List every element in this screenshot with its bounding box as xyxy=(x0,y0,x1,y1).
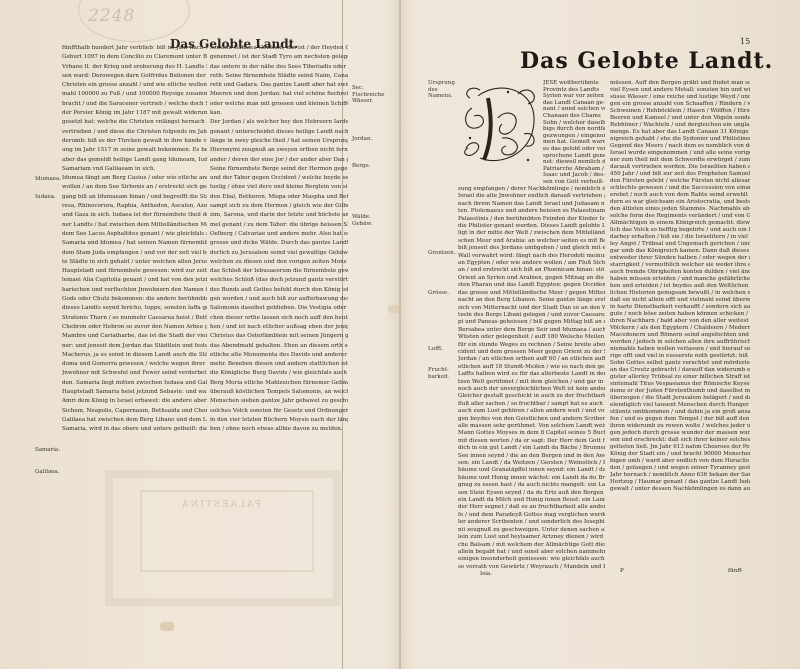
text-line: wollen / an dem See Sirbonis an / erstre… xyxy=(62,183,207,192)
text-line: lein zum Lust und heylsamer Artzney dien… xyxy=(458,534,605,541)
text-line: gute / noch böse zeiten haben können sch… xyxy=(610,311,750,318)
text-line: solche form des Regiments verändert / un… xyxy=(610,213,750,220)
text-line: oder welche man mit grossen und kleinen … xyxy=(210,100,348,109)
text-line: dern es war gleichsam ein Aristocratia, … xyxy=(610,199,750,206)
text-line: Hertzog / Haumar genant / das gantze Lan… xyxy=(610,479,750,486)
text-line: derlich zu Jerusalem seind viel gewaltig… xyxy=(210,249,348,258)
text-line: gen ein grosse anzahl von Schaaffen / Ri… xyxy=(610,101,750,108)
text-line: das untere in der nähe des Sees Tiberiad… xyxy=(210,63,348,72)
text-line: hen / und ist nach etlicher außsag eben … xyxy=(210,323,348,332)
text-line: Hauptstadt Samaria heist jetzund Sebaste… xyxy=(62,388,207,397)
text-line: Geburt 1097 in dem Concilio zu Claremont… xyxy=(62,53,207,62)
text-line: den Fürsten gelebt / welche Fürsten nich… xyxy=(610,178,750,185)
text-line: auch fremde Obrigkeiten konten dulden / … xyxy=(610,269,750,276)
text-line: ner zum theil mit dem Schwerdte erwürget… xyxy=(610,157,750,164)
text-line: starrigkeit / vermuthlich welcher sie we… xyxy=(610,262,750,269)
text-line: den / gefangen / und wegen seiner Tyrann… xyxy=(610,465,750,472)
text-line: vertrieben / und diese die Christen folg… xyxy=(62,128,207,137)
text-line: stilentz umbkommen / und dahin ja ein gr… xyxy=(610,409,750,416)
text-line: tzen Welt gerühmet / mit dem gleichen / … xyxy=(458,379,605,386)
text-line: länge in zwey gleiche theil / hat seinen… xyxy=(210,137,348,146)
text-line: viel Eysen und andere Metall: sonsten hi… xyxy=(610,87,750,94)
text-line: sen von Gott verheiß- xyxy=(543,179,605,186)
text-line: Sohn / welcher daselb- xyxy=(543,120,605,127)
text-line: Christen ein grosse anzahl / und wie etl… xyxy=(62,81,207,90)
text-line: Seine fürnembste Berge seind der Hermon … xyxy=(210,165,348,174)
text-line: gen beydes von den Geistlichen und ander… xyxy=(458,416,605,423)
text-line: gang biß an Idumaeam hinan / und begreif… xyxy=(62,193,207,202)
text-line: Meeren und dem Jordan: hat viel schöne f… xyxy=(210,90,348,99)
text-line: lich das Volck so hefftig begehrte / und… xyxy=(610,227,750,234)
text-line: Samaria, wird in das obere und untere ge… xyxy=(62,425,207,434)
text-line: Menschen sieben gantze Jahr gebawet zu g… xyxy=(210,397,348,406)
text-line: ner Landts / hat zwischen dem Mittelländ… xyxy=(62,221,207,230)
text-line: Berg Moria etliche Mahlzeichen fürnemer … xyxy=(210,379,348,388)
text-line: allein begabt hat / und sonst aber solch… xyxy=(458,549,605,556)
text-line: resa, Rhinocorura, Raphia, Anthedon, Asc… xyxy=(62,202,207,211)
text-line: Jordan / an etlichen orthen auff 60 / an… xyxy=(458,356,605,363)
text-line: gen worden / und auch biß zur aufferbawu… xyxy=(210,295,348,304)
text-line: Rebhüner / Wachteln / und dergleichen ei… xyxy=(610,122,750,129)
text-line: Sohn Gottes selbst gantz verachtet und m… xyxy=(610,360,750,367)
text-line: zim, Sarona, und darin der letzte und hö… xyxy=(210,211,348,220)
text-line: gezwungen / eingenom- xyxy=(543,133,605,140)
text-line: ley Angst / Trübsal und Ungemach geriche… xyxy=(610,241,750,248)
text-line: Jnwohner mit Schwefel und Fewer seind ve… xyxy=(62,369,207,378)
text-line: etlichen auff 18 Stundt-Meilen / wie es … xyxy=(458,364,605,371)
left-page-column-2: sonsten Galilaea Gentium, das ist / der … xyxy=(210,44,348,434)
text-line: das Landt Canaan ge- xyxy=(543,100,605,107)
text-line: Der Jordan / als welcher bey den Hebreer… xyxy=(210,118,348,127)
text-line: gar umb das Königreich kamen. Dann daß d… xyxy=(610,248,750,255)
text-line: Jahr hernach / nemblich Anno 636 bekam d… xyxy=(610,472,750,479)
text-line: Provintz des Landts xyxy=(543,87,605,94)
text-line: Macherus, ja es seind in diesem Landt au… xyxy=(62,351,207,360)
text-line: fen / und es gegen dem Tempel / der biß … xyxy=(610,416,750,423)
text-line: sen: ein Landt / da Weitzen / Gersten / … xyxy=(458,460,605,467)
text-line: und Gaza in sich. Iudaea ist der fürnemb… xyxy=(62,211,207,220)
text-line: net: dieweil nemlich die xyxy=(543,159,605,166)
text-line: pi und Paneas geheissen / biß gegen Mitt… xyxy=(458,319,605,326)
catchword: fünff- xyxy=(728,568,743,574)
text-line: dem See Lacus Asphaltites genant / wie g… xyxy=(62,230,207,239)
text-line: schlechts gewesen / und die Succession v… xyxy=(610,185,750,192)
text-line: che Balsam / mit welchem der Allmächtige… xyxy=(458,542,605,549)
text-line: sen Stein Eysen seynd / da du Ertz auß d… xyxy=(458,490,605,497)
text-line: JESE weitberühmte xyxy=(543,80,605,87)
text-line: biß jenseit des Jordans umbgeben / und g… xyxy=(458,245,605,252)
text-line: tzeln des Bergs Libani gelegen / und zuv… xyxy=(458,312,605,319)
text-line: den ältisten eines jeden Stammes. Nachma… xyxy=(610,206,750,213)
page-number: 15 xyxy=(740,37,750,46)
margin-note: Grentzen. xyxy=(428,250,462,257)
text-line: süsse Wässer / eine reiche und lustige W… xyxy=(610,94,750,101)
text-line: mehr. Beneben diesen und andern stattlic… xyxy=(210,360,348,369)
text-line: den Ebal, Bethoron, Mispa oder Maspha un… xyxy=(210,193,348,202)
text-line: bäume und Honig innen wächst: ein Landt … xyxy=(458,475,605,482)
decorated-initial-d-icon xyxy=(458,78,542,170)
text-line: Beeren und Kameel / und unter den Vögeln… xyxy=(610,115,750,122)
text-line: Israel wurde eingenommen / und alle sein… xyxy=(610,150,750,157)
text-line: men hat. Gemelt ward xyxy=(543,139,605,146)
text-line: Galilaea hat zwischen dem Berg Libano un… xyxy=(62,416,207,425)
margin-note: Iudaea. xyxy=(35,194,69,201)
text-line: die Königliche Burg Davids / wie gleichf… xyxy=(210,369,348,378)
text-line: König der Stadt ein / und bracht 90000 M… xyxy=(610,451,750,458)
foxing-stain xyxy=(160,622,174,631)
text-line: gister allerley Trübsal zu einer billich… xyxy=(610,374,750,381)
text-line: Sichem, Neapolis, Capernaum, Bethsaida u… xyxy=(62,407,207,416)
text-line: Hauptstadt und fürnembste gewesen: wird … xyxy=(62,267,207,276)
text-line: sintemahl Titus Vespasianus der Römische… xyxy=(610,381,750,388)
text-line: sampt sich zu dem Hermon / gleich wie de… xyxy=(210,202,348,211)
text-line: Patriarche Abraham / xyxy=(543,166,605,173)
text-line: Orient an Syrien und Arabien, gegen Mitn… xyxy=(458,275,605,282)
text-line: das grosse und Mittelländische Meer / ge… xyxy=(458,290,605,297)
text-line: überzogen / die Stadt Jerusalem belägert… xyxy=(610,395,750,402)
text-line: grosse und dicke Wälde. Durch das gantze… xyxy=(210,239,348,248)
text-line: derumb: biß es der Türcken gewalt in ihr… xyxy=(62,137,207,146)
text-line: bäume und Granatäpffel innen seynd: ein … xyxy=(458,467,605,474)
text-line: erebet / noch auch von dem Rahte seind e… xyxy=(610,192,750,199)
text-line: und der Tabor gegen Occident / welche be… xyxy=(210,174,348,183)
text-line: sich von Mitternacht und der Stadt Dan s… xyxy=(458,305,605,312)
text-line: mit diesen worten / da er sagt: Der Herr… xyxy=(458,438,605,445)
text-line: lemaei Alia Capitolia genant / und hat v… xyxy=(62,276,207,285)
text-line: reth und Gadara. Das gantze Landt aber h… xyxy=(210,81,348,90)
text-line: an Egypten / oder wie andere wollen / am… xyxy=(458,260,605,267)
text-line: bigen umb / ward aber endlich von dem He… xyxy=(610,458,750,465)
text-line: noch auch der unvergleichlichen Welt ist… xyxy=(458,386,605,393)
text-line: darbey erhalten / biß sie / die Israelit… xyxy=(610,234,750,241)
text-line: Chanaan des Chams xyxy=(543,113,605,120)
text-line: überauß köstlichen Tempels Salomonis, an… xyxy=(210,388,348,397)
text-line: Idumea fängt am Berg Casius / oder wie e… xyxy=(62,174,207,183)
text-line: welchen zu diesen und den vorigen zeiten… xyxy=(210,258,348,267)
text-line: Isaac und Jacob / des- xyxy=(543,172,605,179)
text-line: sonsten Galilaea Gentium, das ist / der … xyxy=(210,44,348,53)
text-line: nach ihrem Namen das Landt Israel und Ju… xyxy=(458,201,605,208)
text-line: an das Creutz gebracht / darauff dan wid… xyxy=(610,367,750,374)
text-line: gesetzt hat: welche die Christen vnlängs… xyxy=(62,118,207,127)
text-line: Macedonern und Römern seind angefochten … xyxy=(610,332,750,339)
text-line: alle massen sehr gerühmet. Von solchem L… xyxy=(458,423,605,430)
text-line: Hieronymi zeugnuß an zweyen orthen nicht… xyxy=(210,146,348,155)
text-line: Samaria und Idumea / hat seinen Namen fü… xyxy=(62,239,207,248)
text-line: Mann Gottes Moyses in dem 8 Capitel sein… xyxy=(458,430,605,437)
text-line: genennet / ist der Stadt Tyro am nechste… xyxy=(210,53,348,62)
text-line: sen ward: Derowegen darn Gotfridus Bulio… xyxy=(62,72,207,81)
text-line: Amri dem König in Israel erbawet: die an… xyxy=(62,397,207,406)
margin-note: Lufft. xyxy=(428,346,462,353)
text-line: Samariam vnd Galilaeam in sich. xyxy=(62,165,207,174)
text-line: elendiglich viel tausent Menschen durch … xyxy=(610,402,750,409)
text-line: fünffthalb hundert Jahr verblieb: biß im… xyxy=(62,44,207,53)
text-line: Bersabea unter dem Berge Seir und Idumae… xyxy=(458,327,605,334)
text-line: Wüsten oder gelegenheit / auff 180 Welsc… xyxy=(458,334,605,341)
margin-note: Frucht-barkeit. xyxy=(428,367,462,380)
text-line: Oelberg / Calvariae und andere mehr. Als… xyxy=(210,230,348,239)
text-line: aber das gemeldt heilige Landt gang Idum… xyxy=(62,156,207,165)
right-running-head: Das Gelobte Landt. xyxy=(520,48,773,74)
book-spread: 2248 PALAESTINA Das Gelobte Landt. fünff… xyxy=(0,0,800,669)
text-line: bigs durch den nordfall xyxy=(543,126,605,133)
text-line: mel genant / zu dem Tabor: die übrige he… xyxy=(210,221,348,230)
text-line: fe / und dem Paradeyß Gottes mag verglic… xyxy=(458,512,605,519)
text-line: te Städte in sich gehabt / unter welchen… xyxy=(62,258,207,267)
text-line: ler anderer Scribenten / und sonderlich … xyxy=(458,519,605,526)
text-line: ligt in der mitte der Welt / zwischen de… xyxy=(458,230,605,237)
text-line: solches Volck sonsten für Gesetz und Ord… xyxy=(210,407,348,416)
text-line-final: Isia. xyxy=(458,571,605,578)
text-line: ung im Jahr 1517 in seine gewalt bekomme… xyxy=(62,146,207,155)
text-line: daß sie nicht allein offt und vielmahl s… xyxy=(610,297,750,304)
text-line: Gegend des Meers / nach dem es nemblich … xyxy=(610,143,750,150)
text-line: ihren Nachbarn / bald aber von den aller… xyxy=(610,318,750,325)
text-line: ner: und jenseit dem Jordan das Städtlei… xyxy=(62,342,207,351)
text-line: cident und dem grossen Meer gegen Orient… xyxy=(458,349,605,356)
text-line: gnug zu essen hast / da auch nichts mang… xyxy=(458,482,605,489)
text-line: Allmächtigen in einem Königreich gemacht… xyxy=(610,220,750,227)
text-line: Gods oder Chutz bekommen: die andere ber… xyxy=(62,295,207,304)
text-line: lustig / ohne viel dero und kleine Bergl… xyxy=(210,183,348,192)
text-line: reth: Seine fürnembste Städte seind Naim… xyxy=(210,72,348,81)
text-line: lichen Historien genugsam bewußt / in we… xyxy=(610,290,750,297)
text-line: fluß aller sachen / so fruchtbar / sampt… xyxy=(458,401,605,408)
text-line: ihren widerumb zu rewen wolte / welches … xyxy=(610,423,750,430)
text-line: chen dieser orthe lassen sich noch auff … xyxy=(210,314,348,323)
text-line: Chebron oder Hebron so zuvor den Namen A… xyxy=(62,323,207,332)
text-line: deme er der Juden Fürstenthumb und dasel… xyxy=(610,388,750,395)
text-line: se vorrath von Gewürtz / Weyrauch / Mand… xyxy=(458,564,605,571)
text-line: niemahls haben wollen verlassen / und hi… xyxy=(610,346,750,353)
foxing-stain xyxy=(388,305,402,313)
text-line: nacht an den Berg Libanon. Seine gantze … xyxy=(458,297,605,304)
text-line: den. Samaria liegt mitten zwischen Iudae… xyxy=(62,379,207,388)
text-line: Schweinen / Rehböcklein / Hasen / Wölffe… xyxy=(610,108,750,115)
margin-note: Samaria. xyxy=(35,447,69,454)
margin-note: Grösse. xyxy=(428,290,462,297)
right-page-intro-column: JESE weitberühmteProvintz des LandtsSyri… xyxy=(543,80,605,186)
text-line: dem Stam Juda empfangen / und vor der ze… xyxy=(62,249,207,258)
text-line: es das gelobt oder ver- xyxy=(543,146,605,153)
text-line: müssen. Auff den Bergen gräbt und findet… xyxy=(610,80,750,87)
text-line: See innen seynd / die an den Bergen und … xyxy=(458,453,605,460)
text-line: nii zeugnuß zu geschweigen. Unter denen … xyxy=(458,527,605,534)
margin-note: Berge. xyxy=(352,163,386,170)
margin-note: Ursprung des Namens. xyxy=(428,80,462,100)
text-line: Syrien war vor zeiten xyxy=(543,93,605,100)
text-line: Christus das Osterlämblein mit seinen Jü… xyxy=(210,332,348,341)
text-line: schen Meer und Arabia: an welcher seiten… xyxy=(458,238,605,245)
text-line: der Herr segnet / daß es an fruchtbarkei… xyxy=(458,504,605,511)
text-line: an / und erstreckt sich biß an Phoenicam… xyxy=(458,267,605,274)
text-line: Völckern / als den Egyptern / Chaldeern … xyxy=(610,325,750,332)
text-line: ben / ohne noch etwas allhie davon zu me… xyxy=(210,425,348,434)
text-line: doma und Gomorra gewesen / welche wegen … xyxy=(62,360,207,369)
text-line: nigreich gehabt / ehe die Sydonier und P… xyxy=(610,136,750,143)
text-line: genant / unterscheidet dieses heilige La… xyxy=(210,128,348,137)
text-line: gen jedoch durch grosse wunder der masse… xyxy=(610,430,750,437)
text-line: worden / jedoch in solchen allen ihre au… xyxy=(610,339,750,346)
left-page-column-1: fünffthalb hundert Jahr verblieb: biß im… xyxy=(62,44,207,434)
text-line: menge. Es hat aber das Landt Canaan 31 K… xyxy=(610,129,750,136)
text-line: ander / deren der eine Jor / der ander a… xyxy=(210,156,348,165)
text-line: der Persier König im Jahr 1187 mit gewal… xyxy=(62,109,207,118)
text-line: hen und erleiden / ist beydes auß den We… xyxy=(610,283,750,290)
text-line: die Philister genant werden. Dieses Land… xyxy=(458,223,605,230)
text-line: kan. xyxy=(210,109,348,118)
margin-note: Wälde. Gebäw. xyxy=(352,214,386,227)
text-line: darauß vertrieben worden. Die Israeliten… xyxy=(610,164,750,171)
text-line: entweder ihrer Sünden halben / oder wege… xyxy=(610,255,750,262)
text-line: sprochene Landt genen- xyxy=(543,153,605,160)
text-line: sen und erschreckt: daß sich ihrer keine… xyxy=(610,437,750,444)
text-line: Vrbano II. der Krieg und eroberung des H… xyxy=(62,63,207,72)
text-line: ein Landt da Milch und Honig innen fleus… xyxy=(458,497,605,504)
text-line: das Schloß der Iebusaeorum die fürnembst… xyxy=(210,267,348,276)
text-line: sten Pharan und das Landt Egypten: gegen… xyxy=(458,282,605,289)
pencil-inventory-number: 2248 xyxy=(88,6,135,26)
margin-note: Jordan. xyxy=(352,136,386,143)
text-line: Israel die alte Jnwohner endlich darauß … xyxy=(458,193,605,200)
text-line: ten. Ptolemaeus und andere heissen es Pa… xyxy=(458,208,605,215)
text-line: etliche alte Monumenta des Davids und an… xyxy=(210,351,348,360)
text-line: Laffts halben wird es für das allerbeste… xyxy=(458,371,605,378)
margin-note: Sec. Fischreiche Wässer. xyxy=(352,85,386,105)
book-gutter xyxy=(399,0,401,669)
text-line: barischen und verfluchten Jnwohnern den … xyxy=(62,286,207,295)
text-line: Palaestinis / den berühmbten Feinden der… xyxy=(458,216,605,223)
text-line: haben müssen erleiden / und manche gefäh… xyxy=(610,276,750,283)
text-line: dich in ein gut Landt / ein Landt da Bäc… xyxy=(458,445,605,452)
text-line: mahl 100000 zu Fuß / und 100000 Reysige … xyxy=(62,90,207,99)
text-line: für ein stunde Weges zu rechnen / Seine … xyxy=(458,342,605,349)
text-line: auch zum Lust gehören / allen andern wei… xyxy=(458,408,605,415)
text-line: dieses Landts seynd Iericho, Ioppe, sons… xyxy=(62,304,207,313)
text-line: des Bunds auß Gottes befehl durch den Kö… xyxy=(210,286,348,295)
offset-cartouche-text: PALAESTINA xyxy=(180,500,261,510)
text-line: Wall verwahrt wird: fängt nach des Herod… xyxy=(458,253,605,260)
text-line: Mambre und Cariatharbe, das ist die Stad… xyxy=(62,332,207,341)
text-line: in harte Dienstbarkeit verkaufft / sonde… xyxy=(610,304,750,311)
text-line: in den vier letzten Büchern Moysis nach … xyxy=(210,416,348,425)
text-line: gewalt / unter dessen Nachkömlingen es d… xyxy=(610,486,750,493)
text-line: gelüsten ließ. Jm Jahr 613 nahm Chosroes… xyxy=(610,444,750,451)
text-line: einigen insonderheit geniessen: wie glei… xyxy=(458,556,605,563)
text-line: 450 Jahr / und biß zur zeit des Prophete… xyxy=(610,171,750,178)
text-line: sung empfangen / derer Nachkömlinge / ne… xyxy=(458,186,605,193)
text-line: Stratonis Thurn / so nunmehr Caesarea he… xyxy=(62,314,207,323)
text-line: bracht / und die Saracener vertrieb / we… xyxy=(62,100,207,109)
text-line: Gleicher gestalt geschickt in auch zu de… xyxy=(458,393,605,400)
text-line: welches Schloß (das doch jetzund gantz v… xyxy=(210,276,348,285)
text-line: das Abendmahl gehalten. Eben an diesem o… xyxy=(210,342,348,351)
text-line: nant / unnd solchen von xyxy=(543,106,605,113)
margin-note: Idumaea. xyxy=(35,176,69,183)
right-page-column-1: sung empfangen / derer Nachkömlinge / ne… xyxy=(458,186,605,579)
signature-mark: P xyxy=(620,568,624,574)
text-line: Salomonis daselbst geblieben. Die Vestig… xyxy=(210,304,348,313)
right-page-column-2: müssen. Auff den Bergen gräbt und findet… xyxy=(610,80,750,493)
text-line: rige offt und viel in eusserste noth ges… xyxy=(610,353,750,360)
margin-note: Galilaea. xyxy=(35,469,69,476)
